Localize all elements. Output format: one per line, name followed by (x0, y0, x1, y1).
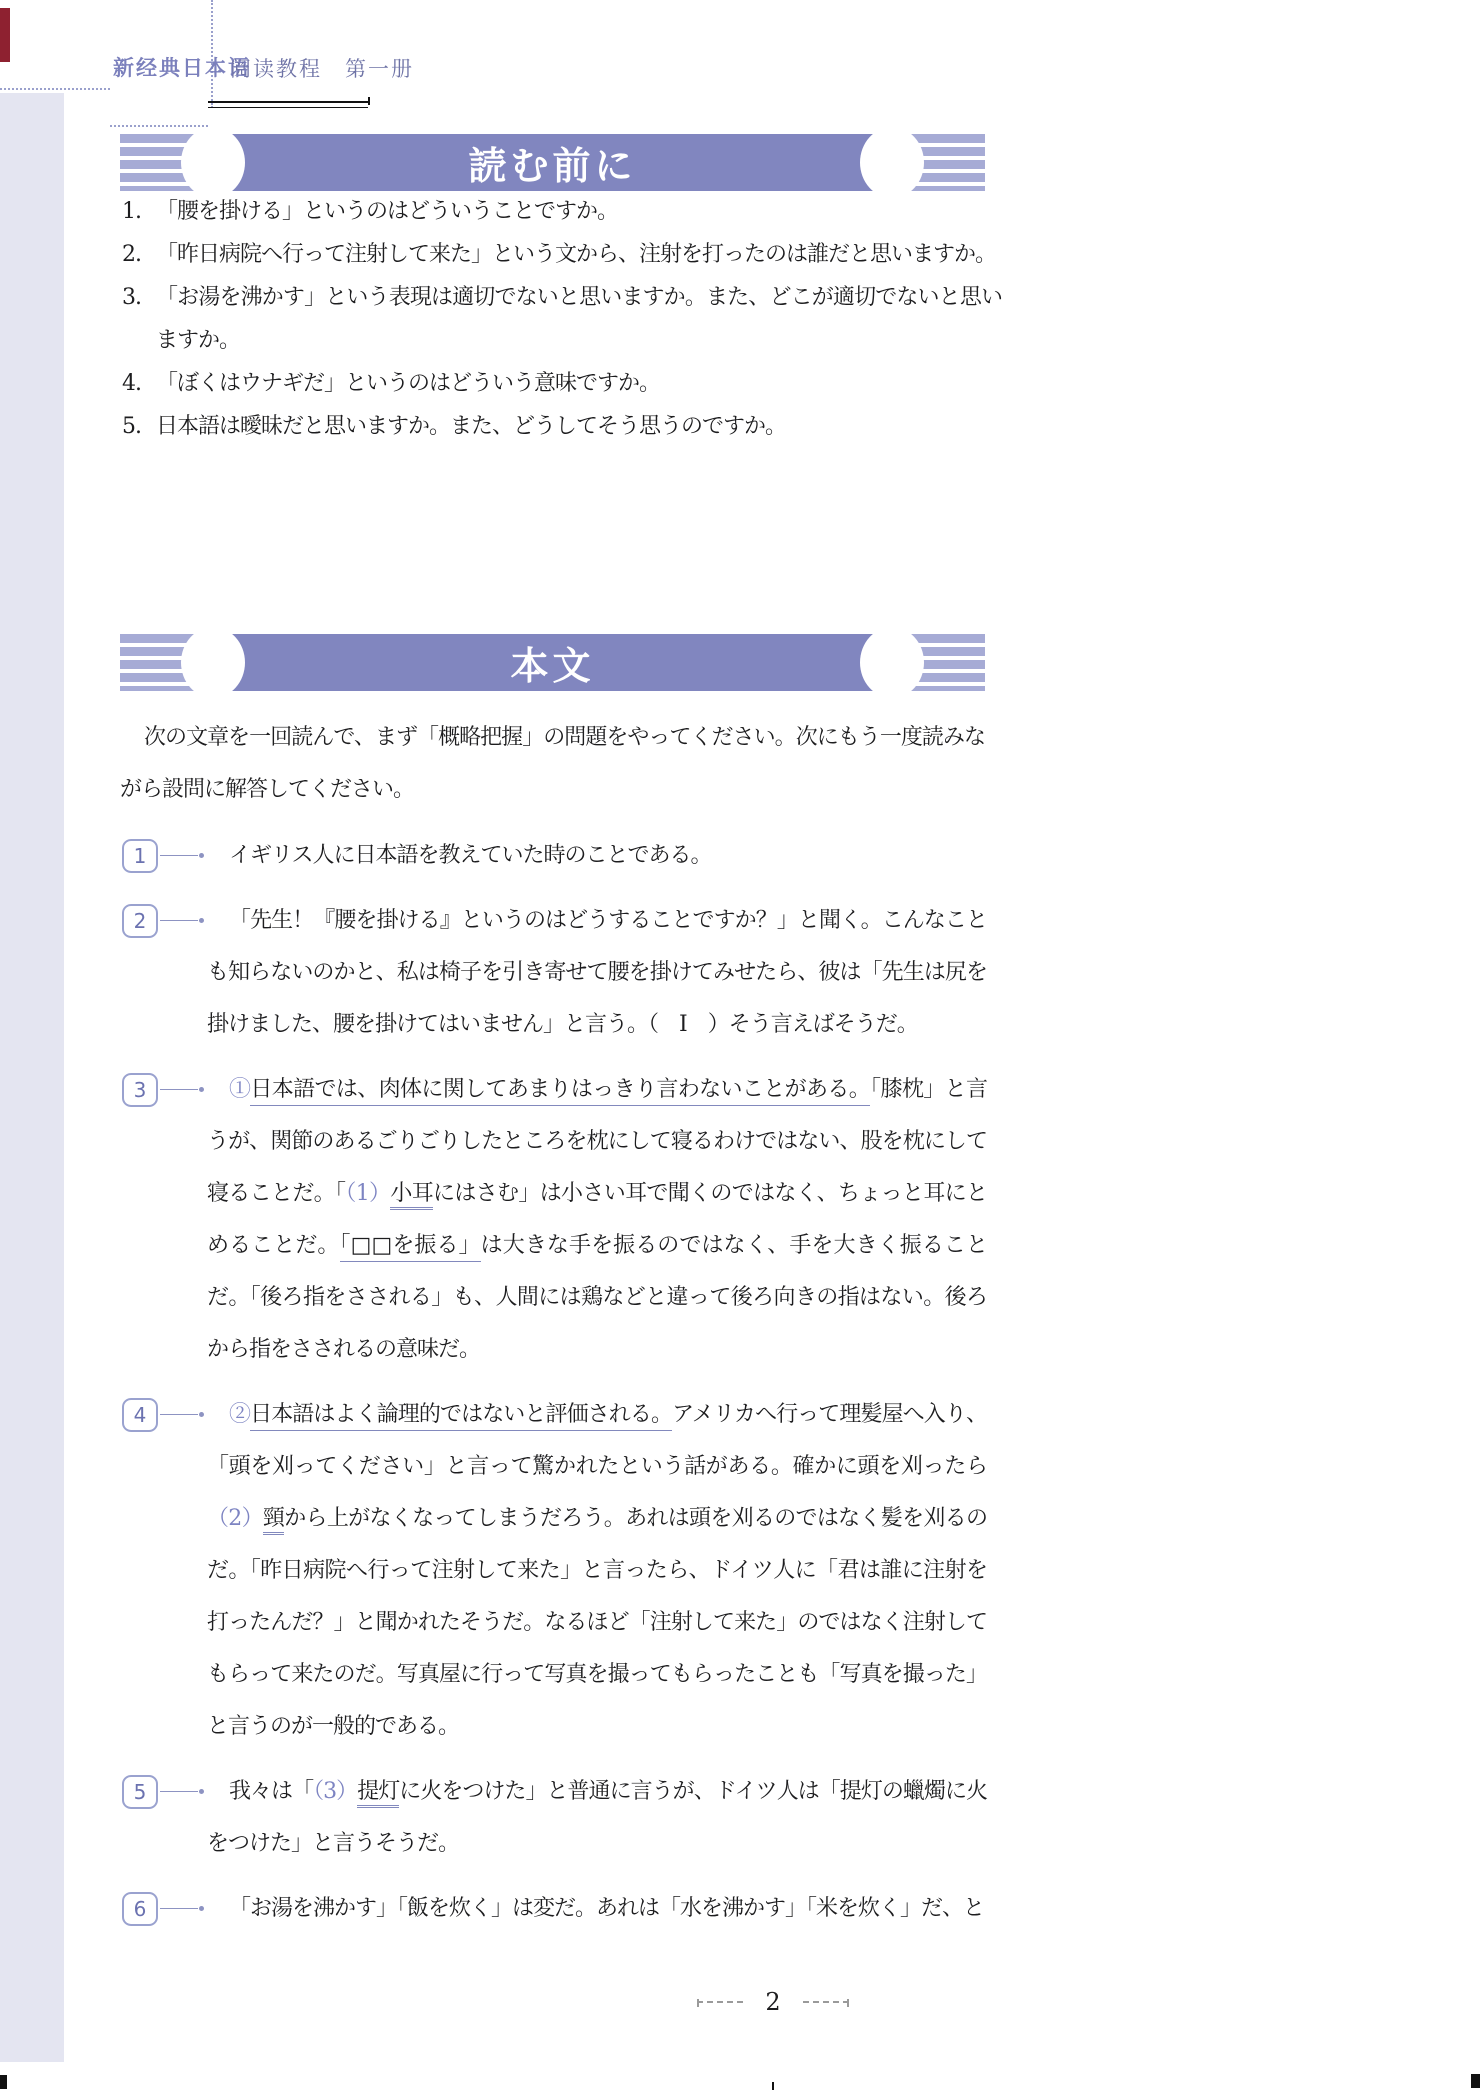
question-number: 5. (122, 405, 156, 448)
paragraph-marker: 6 (122, 1883, 207, 1935)
question-text: 「ぼくはウナギだ」というのはどういう意味ですか。 (156, 362, 1002, 405)
paragraph-number: 3 (122, 1073, 158, 1107)
text-segment-blue: ② (229, 1402, 250, 1427)
paragraph-number: 1 (122, 839, 158, 873)
volume-subtitle: 阅读教程 第一册 (230, 53, 414, 83)
page-number: 2 (765, 1988, 780, 2016)
text-segment-blue: ① (229, 1077, 250, 1102)
question-text: 「腰を掛ける」というのはどういうことですか。 (156, 190, 1002, 233)
paragraph-number: 5 (122, 1775, 158, 1809)
text-segment: 「お湯を沸かす」「飯を炊く」は変だ。あれは「水を沸かす」「米を炊く」だ、と (229, 1896, 984, 1921)
question-text: 「昨日病院へ行って注射して来た」という文から、注射を打ったのは誰だと思いますか。 (156, 233, 1002, 276)
marker-connector-line (160, 1414, 198, 1415)
question-number: 1. (122, 190, 156, 233)
question-number: 3. (122, 276, 156, 362)
question-item: 3. 「お湯を沸かす」という表現は適切でないと思いますか。また、どこが適切でない… (122, 276, 1002, 362)
crop-mark-bottom-center (772, 2082, 774, 2090)
marker-connector-line (160, 1089, 198, 1090)
text-segment-blue: （3） (313, 1779, 357, 1804)
dash-tick (697, 1999, 699, 2007)
question-item: 5. 日本語は曖昧だと思いますか。また、どうしてそう思うのですか。 (122, 405, 1002, 448)
paragraph-row: 4 ②日本語はよく論理的ではないと評価される。アメリカへ行って理髪屋へ入り、「頭… (122, 1389, 987, 1753)
marker-arrow-dot (199, 853, 204, 858)
paragraph-text: 我々は「（3）提灯に火をつけた」と普通に言うが、ドイツ人は「提灯の蠟燭に火をつけ… (207, 1766, 987, 1870)
question-text: 「お湯を沸かす」という表現は適切でないと思いますか。また、どこが適切でないと思い… (156, 276, 1002, 362)
question-number: 2. (122, 233, 156, 276)
header-double-rule (208, 101, 368, 108)
section-banner-main-text: 本文 (120, 634, 985, 691)
banner-title: 読む前に (120, 134, 985, 191)
text-segment-uu: 頸 (263, 1506, 284, 1535)
section-banner-before-reading: 読む前に (120, 134, 985, 191)
page-footer: 2 (0, 1988, 1480, 2016)
paragraph-number: 6 (122, 1892, 158, 1926)
paragraph-marker: 5 (122, 1766, 207, 1818)
paragraph-number: 2 (122, 904, 158, 938)
question-text: 日本語は曖昧だと思いますか。また、どうしてそう思うのですか。 (156, 405, 1002, 448)
paragraph-text: イギリス人に日本語を教えていた時のことである。 (207, 830, 987, 882)
marker-connector-line (160, 855, 198, 856)
marker-arrow-dot (199, 1906, 204, 1911)
main-text-paragraphs: 1 イギリス人に日本語を教えていた時のことである。 2 「先生！『腰を掛ける』と… (122, 830, 987, 1948)
paragraph-text: ②日本語はよく論理的ではないと評価される。アメリカへ行って理髪屋へ入り、「頭を刈… (207, 1389, 987, 1753)
paragraph-row: 2 「先生！『腰を掛ける』というのはどうすることですか？」と聞く。こんなことも知… (122, 895, 987, 1051)
paragraph-number: 4 (122, 1398, 158, 1432)
paragraph-row: 6 「お湯を沸かす」「飯を炊く」は変だ。あれは「水を沸かす」「米を炊く」だ、と (122, 1883, 987, 1935)
text-segment-u: 日本語はよく論理的ではないと評価される。 (250, 1402, 672, 1431)
text-segment-blue: （1） (345, 1181, 390, 1206)
text-segment: 「先生！『腰を掛ける』というのはどうすることですか？」と聞く。こんなことも知らな… (207, 908, 987, 1037)
crop-mark-bottom-left (0, 2075, 7, 2089)
paragraph-marker: 4 (122, 1389, 207, 1441)
text-segment-u: 「□□を振る」 (340, 1233, 481, 1262)
paragraph-text: 「お湯を沸かす」「飯を炊く」は変だ。あれは「水を沸かす」「米を炊く」だ、と (207, 1883, 987, 1935)
footer-decoration: 2 (697, 1988, 848, 2016)
paragraph-text: 「先生！『腰を掛ける』というのはどうすることですか？」と聞く。こんなことも知らな… (207, 895, 987, 1051)
question-item: 2. 「昨日病院へ行って注射して来た」という文から、注射を打ったのは誰だと思いま… (122, 233, 1002, 276)
footer-dash-right (803, 2001, 849, 2003)
left-margin-strip (0, 93, 64, 2062)
rule-end-hook (368, 97, 370, 105)
paragraph-marker: 3 (122, 1064, 207, 1116)
red-edge-tab (0, 8, 10, 62)
text-segment-uu: 提灯 (357, 1779, 399, 1808)
marker-connector-line (160, 1908, 198, 1909)
paragraph-row: 5 我々は「（3）提灯に火をつけた」と普通に言うが、ドイツ人は「提灯の蠟燭に火を… (122, 1766, 987, 1870)
marker-arrow-dot (199, 918, 204, 923)
pre-reading-questions: 1. 「腰を掛ける」というのはどういうことですか。 2. 「昨日病院へ行って注射… (122, 190, 1002, 448)
intro-paragraph: 次の文章を一回読んで、まず「概略把握」の問題をやってください。次にもう一度読みな… (120, 712, 985, 816)
banner-title: 本文 (120, 634, 985, 691)
question-item: 1. 「腰を掛ける」というのはどういうことですか。 (122, 190, 1002, 233)
text-segment-uu: 小耳 (390, 1181, 433, 1210)
question-item: 4. 「ぼくはウナギだ」というのはどういう意味ですか。 (122, 362, 1002, 405)
marker-arrow-dot (199, 1412, 204, 1417)
paragraph-text: ①日本語では、肉体に関してあまりはっきり言わないことがある。「膝枕」と言うが、関… (207, 1064, 987, 1376)
paragraph-row: 3 ①日本語では、肉体に関してあまりはっきり言わないことがある。「膝枕」と言うが… (122, 1064, 987, 1376)
text-segment: から上がなくなってしまうだろう。あれは頭を刈るのではなく髪を刈るのだ。「昨日病院… (207, 1506, 987, 1739)
dash-tick (847, 1999, 849, 2007)
textbook-page: 新经典日本语 阅读教程 第一册 読む前に 1. 「腰を掛ける」というのはどういう… (0, 0, 1480, 2090)
crop-mark-bottom-right (1471, 2074, 1480, 2088)
paragraph-marker: 1 (122, 830, 207, 882)
text-segment-u: 日本語では、肉体に関してあまりはっきり言わないことがある。 (250, 1077, 870, 1106)
marker-connector-line (160, 920, 198, 921)
dotted-divider-top (0, 88, 110, 90)
paragraph-marker: 2 (122, 895, 207, 947)
text-segment: イギリス人に日本語を教えていた時のことである。 (229, 843, 712, 868)
marker-arrow-dot (199, 1789, 204, 1794)
paragraph-row: 1 イギリス人に日本語を教えていた時のことである。 (122, 830, 987, 882)
footer-dash-left (697, 2001, 743, 2003)
marker-arrow-dot (199, 1087, 204, 1092)
text-segment: 我々は「 (229, 1779, 313, 1804)
marker-connector-line (160, 1791, 198, 1792)
text-segment-blue: （2） (207, 1506, 263, 1531)
question-number: 4. (122, 362, 156, 405)
dotted-divider-step (110, 125, 208, 127)
